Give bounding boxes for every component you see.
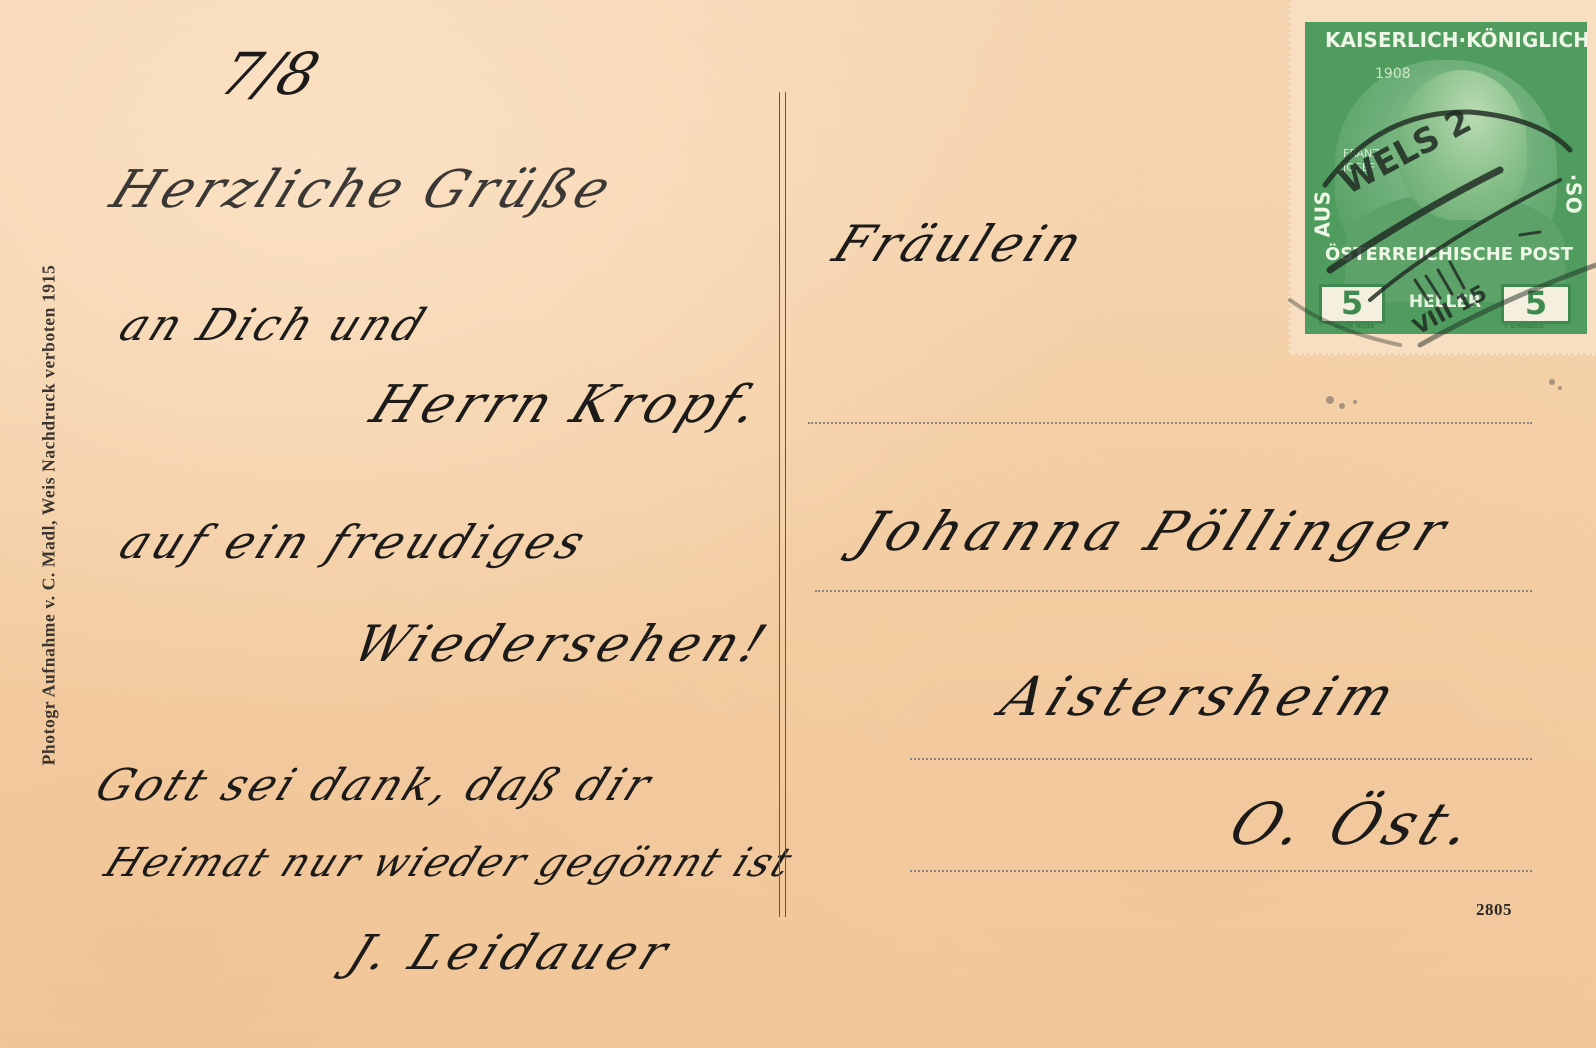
stamp-left-text: AUS: [1311, 190, 1335, 237]
message-line: an Dich und: [112, 300, 435, 351]
message-line: Herrn Kropf.: [362, 375, 772, 435]
stamp-value-right: 5: [1501, 284, 1571, 324]
address-name: Johanna Pöllinger: [848, 500, 1461, 563]
postage-stamp: 1908 FRANZ JOSEF KAISERLICH·KÖNIGLICHE A…: [1305, 22, 1587, 334]
publisher-imprint: Photogr Aufnahme v. C. Madl, Weis Nachdr…: [39, 265, 60, 766]
address-line-3: [910, 758, 1532, 760]
stamp-top-text: KAISERLICH·KÖNIGLICHE: [1325, 28, 1587, 52]
message-signature: J. Leidauer: [340, 925, 681, 981]
message-line: Herzliche Grüße: [102, 160, 623, 220]
message-line: auf ein freudiges: [112, 515, 597, 569]
stamp-value-left: 5: [1319, 284, 1385, 324]
address-town: Aistersheim: [992, 665, 1410, 728]
stamp-designer: KOLOM. MOSER: [1335, 324, 1374, 330]
stamp-right-text: ·SO: [1561, 174, 1585, 215]
postcard: Photogr Aufnahme v. C. Madl, Weis Nachdr…: [0, 0, 1596, 1048]
message-line: Gott sei dank, daß dir: [88, 760, 661, 811]
address-line-4: [910, 870, 1532, 872]
address-region: O. Öst.: [1220, 790, 1490, 858]
stamp-bottom-text: ÖSTERREICHISCHE POST: [1325, 244, 1573, 265]
address-line-2: [815, 590, 1532, 592]
stamp-portrait-name: FRANZ JOSEF: [1343, 147, 1383, 175]
stamp-year: 1908: [1375, 66, 1411, 82]
stamp-portrait-head: [1397, 70, 1527, 220]
address-salutation: Fräulein: [825, 215, 1095, 273]
message-date: 7/8: [212, 40, 327, 108]
center-divider: [779, 92, 786, 917]
stamp-denomination: HELLER: [1393, 292, 1497, 312]
plate-number: 2805: [1476, 900, 1512, 920]
stamp-engraver: F. SCHIRNBÖCK: [1505, 324, 1543, 330]
address-line-1: [808, 422, 1532, 424]
message-line: Wiedersehen!: [345, 615, 779, 673]
message-line: Heimat nur wieder gegönnt ist: [98, 840, 800, 886]
